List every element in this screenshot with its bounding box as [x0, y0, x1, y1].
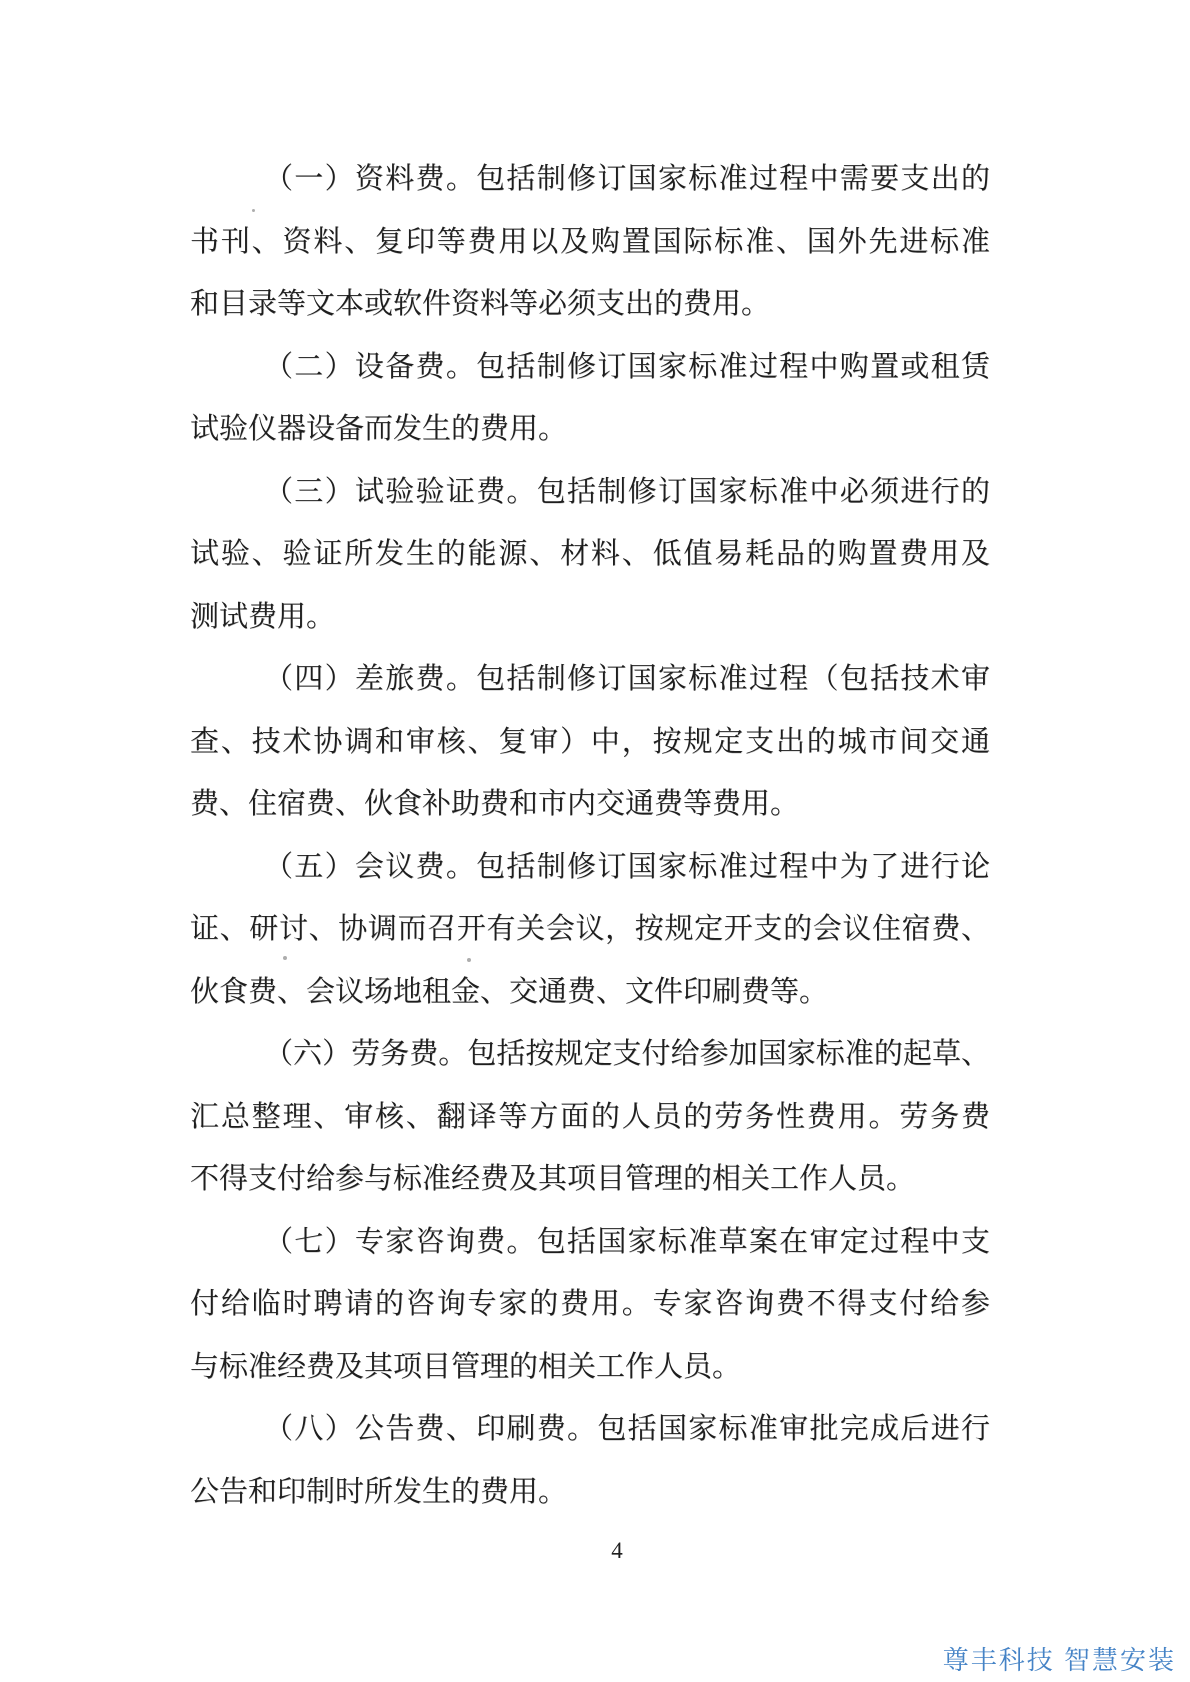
page-number: 4 — [567, 1534, 667, 1568]
text-line: 汇总整理、审核、翻译等方面的人员的劳务性费用。劳务费 — [190, 1086, 990, 1149]
text-line: 伙食费、会议场地租金、交通费、文件印刷费等。 — [190, 961, 990, 1024]
text-line: （八）公告费、印刷费。包括国家标准审批完成后进行 — [190, 1398, 990, 1461]
scan-speck — [283, 956, 287, 960]
text-line: 公告和印制时所发生的费用。 — [190, 1461, 990, 1524]
text-line: 费、住宿费、伙食补助费和市内交通费等费用。 — [190, 773, 990, 836]
document-body: （一）资料费。包括制修订国家标准过程中需要支出的 书刊、资料、复印等费用以及购置… — [190, 148, 990, 1523]
text-line: 试验、验证所发生的能源、材料、低值易耗品的购置费用及 — [190, 523, 990, 586]
text-line: （七）专家咨询费。包括国家标准草案在审定过程中支 — [190, 1211, 990, 1274]
text-line: 不得支付给参与标准经费及其项目管理的相关工作人员。 — [190, 1148, 990, 1211]
text-line: （四）差旅费。包括制修订国家标准过程（包括技术审 — [190, 648, 990, 711]
footer-watermark: 尊丰科技 智慧安装 — [943, 1640, 1176, 1677]
text-line: （二）设备费。包括制修订国家标准过程中购置或租赁 — [190, 336, 990, 399]
text-line: （三）试验验证费。包括制修订国家标准中必须进行的 — [190, 461, 990, 524]
text-line: （六）劳务费。包括按规定支付给参加国家标准的起草、 — [190, 1023, 990, 1086]
document-page: （一）资料费。包括制修订国家标准过程中需要支出的 书刊、资料、复印等费用以及购置… — [0, 0, 1190, 1682]
text-line: （一）资料费。包括制修订国家标准过程中需要支出的 — [190, 148, 990, 211]
text-line: 付给临时聘请的咨询专家的费用。专家咨询费不得支付给参 — [190, 1273, 990, 1336]
text-line: 书刊、资料、复印等费用以及购置国际标准、国外先进标准 — [190, 211, 990, 274]
text-line: 查、技术协调和审核、复审）中，按规定支出的城市间交通 — [190, 711, 990, 774]
text-line: 测试费用。 — [190, 586, 990, 649]
scan-speck — [467, 958, 471, 962]
text-line: （五）会议费。包括制修订国家标准过程中为了进行论 — [190, 836, 990, 899]
scan-speck — [252, 209, 255, 212]
text-line: 证、研讨、协调而召开有关会议，按规定开支的会议住宿费、 — [190, 898, 990, 961]
text-line: 和目录等文本或软件资料等必须支出的费用。 — [190, 273, 990, 336]
text-line: 试验仪器设备而发生的费用。 — [190, 398, 990, 461]
text-line: 与标准经费及其项目管理的相关工作人员。 — [190, 1336, 990, 1399]
